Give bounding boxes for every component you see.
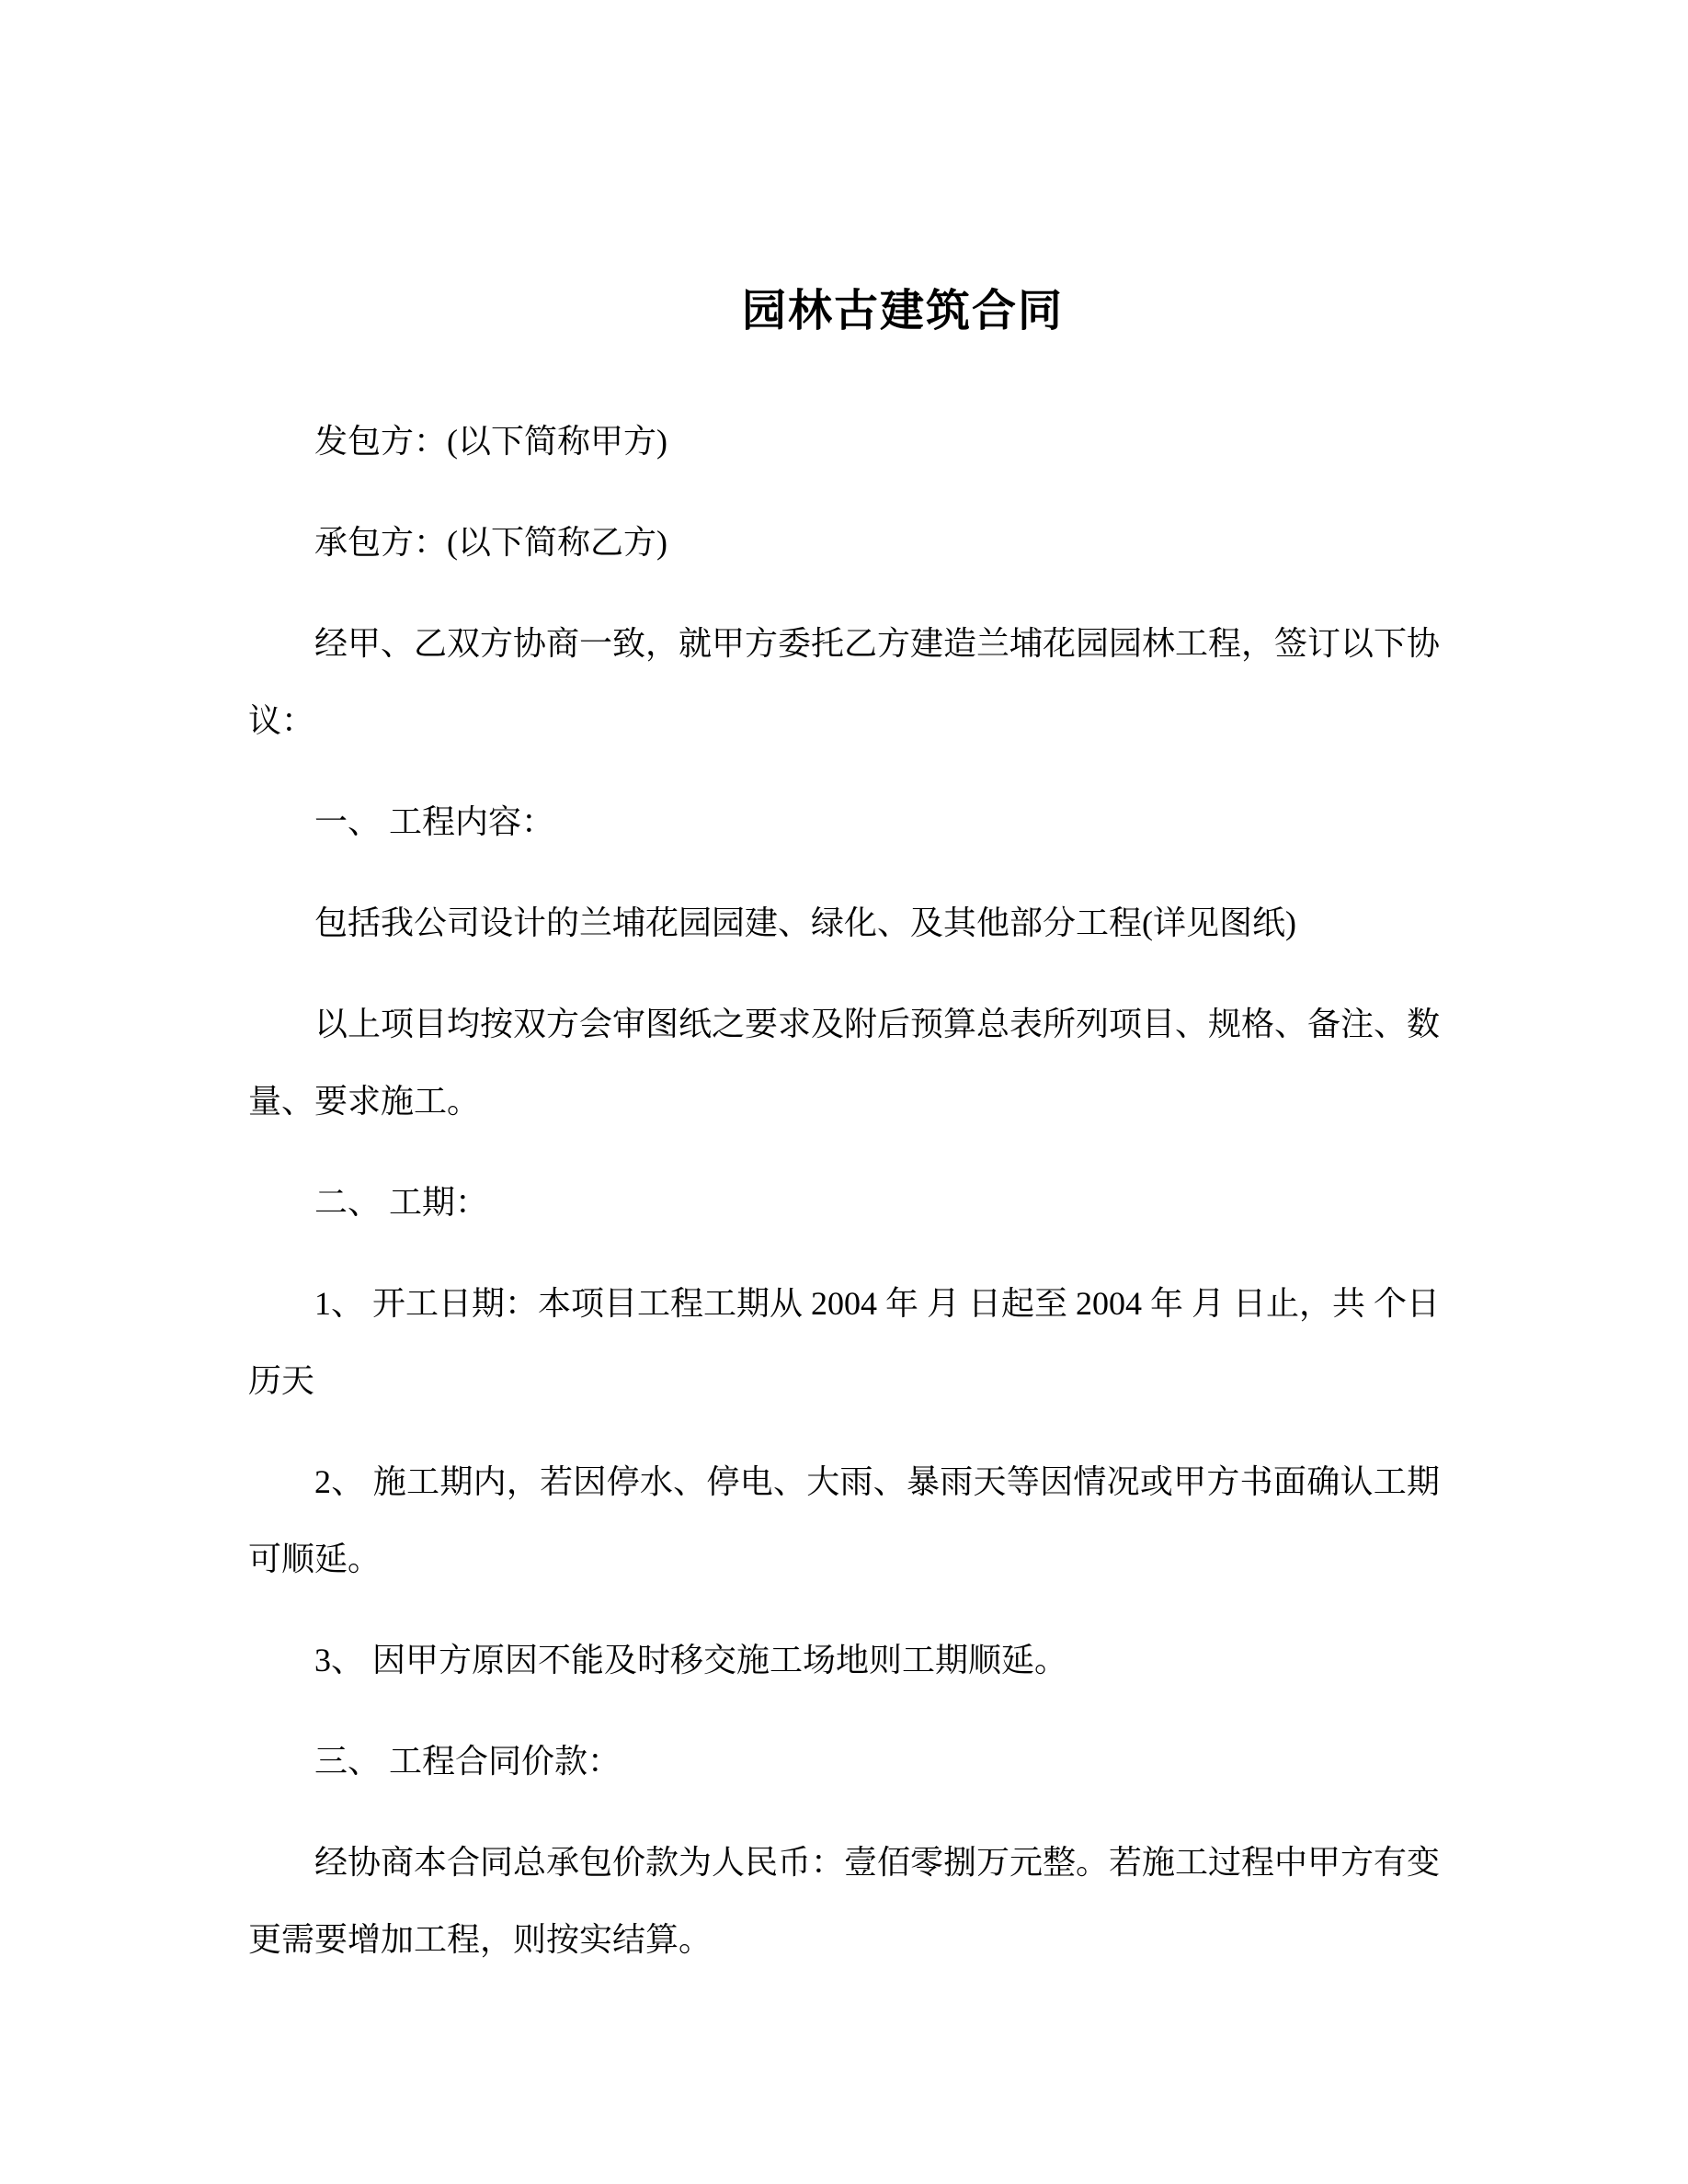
paragraph: 1、 开工日期：本项目工程工期从 2004 年 月 日起至 2004 年 月 日…	[248, 1265, 1440, 1419]
paragraph: 以上项目均按双方会审图纸之要求及附后预算总表所列项目、规格、备注、数量、要求施工…	[248, 985, 1440, 1140]
paragraph: 包括我公司设计的兰埔花园园建、绿化、及其他部分工程(详见图纸)	[248, 884, 1440, 961]
paragraph: 一、 工程内容：	[248, 783, 1440, 860]
paragraph: 2、 施工期内，若因停水、停电、大雨、暴雨天等因情况或甲方书面确认工期可顺延。	[248, 1443, 1440, 1598]
paragraph: 经甲、乙双方协商一致，就甲方委托乙方建造兰埔花园园林工程，签订以下协议：	[248, 605, 1440, 759]
paragraph: 经协商本合同总承包价款为人民币：壹佰零捌万元整。若施工过程中甲方有变更需要增加工…	[248, 1824, 1440, 1978]
paragraph: 承包方：(以下简称乙方)	[248, 504, 1440, 581]
document-body: 发包方：(以下简称甲方)承包方：(以下简称乙方)经甲、乙双方协商一致，就甲方委托…	[248, 403, 1440, 1978]
document-title: 园林古建筑合同	[248, 283, 1440, 340]
paragraph: 三、 工程合同价款：	[248, 1723, 1440, 1800]
paragraph: 二、 工期：	[248, 1164, 1440, 1241]
paragraph: 发包方：(以下简称甲方)	[248, 403, 1440, 480]
paragraph: 3、 因甲方原因不能及时移交施工场地则工期顺延。	[248, 1621, 1440, 1699]
document-page: 园林古建筑合同 发包方：(以下简称甲方)承包方：(以下简称乙方)经甲、乙双方协商…	[0, 0, 1688, 2184]
